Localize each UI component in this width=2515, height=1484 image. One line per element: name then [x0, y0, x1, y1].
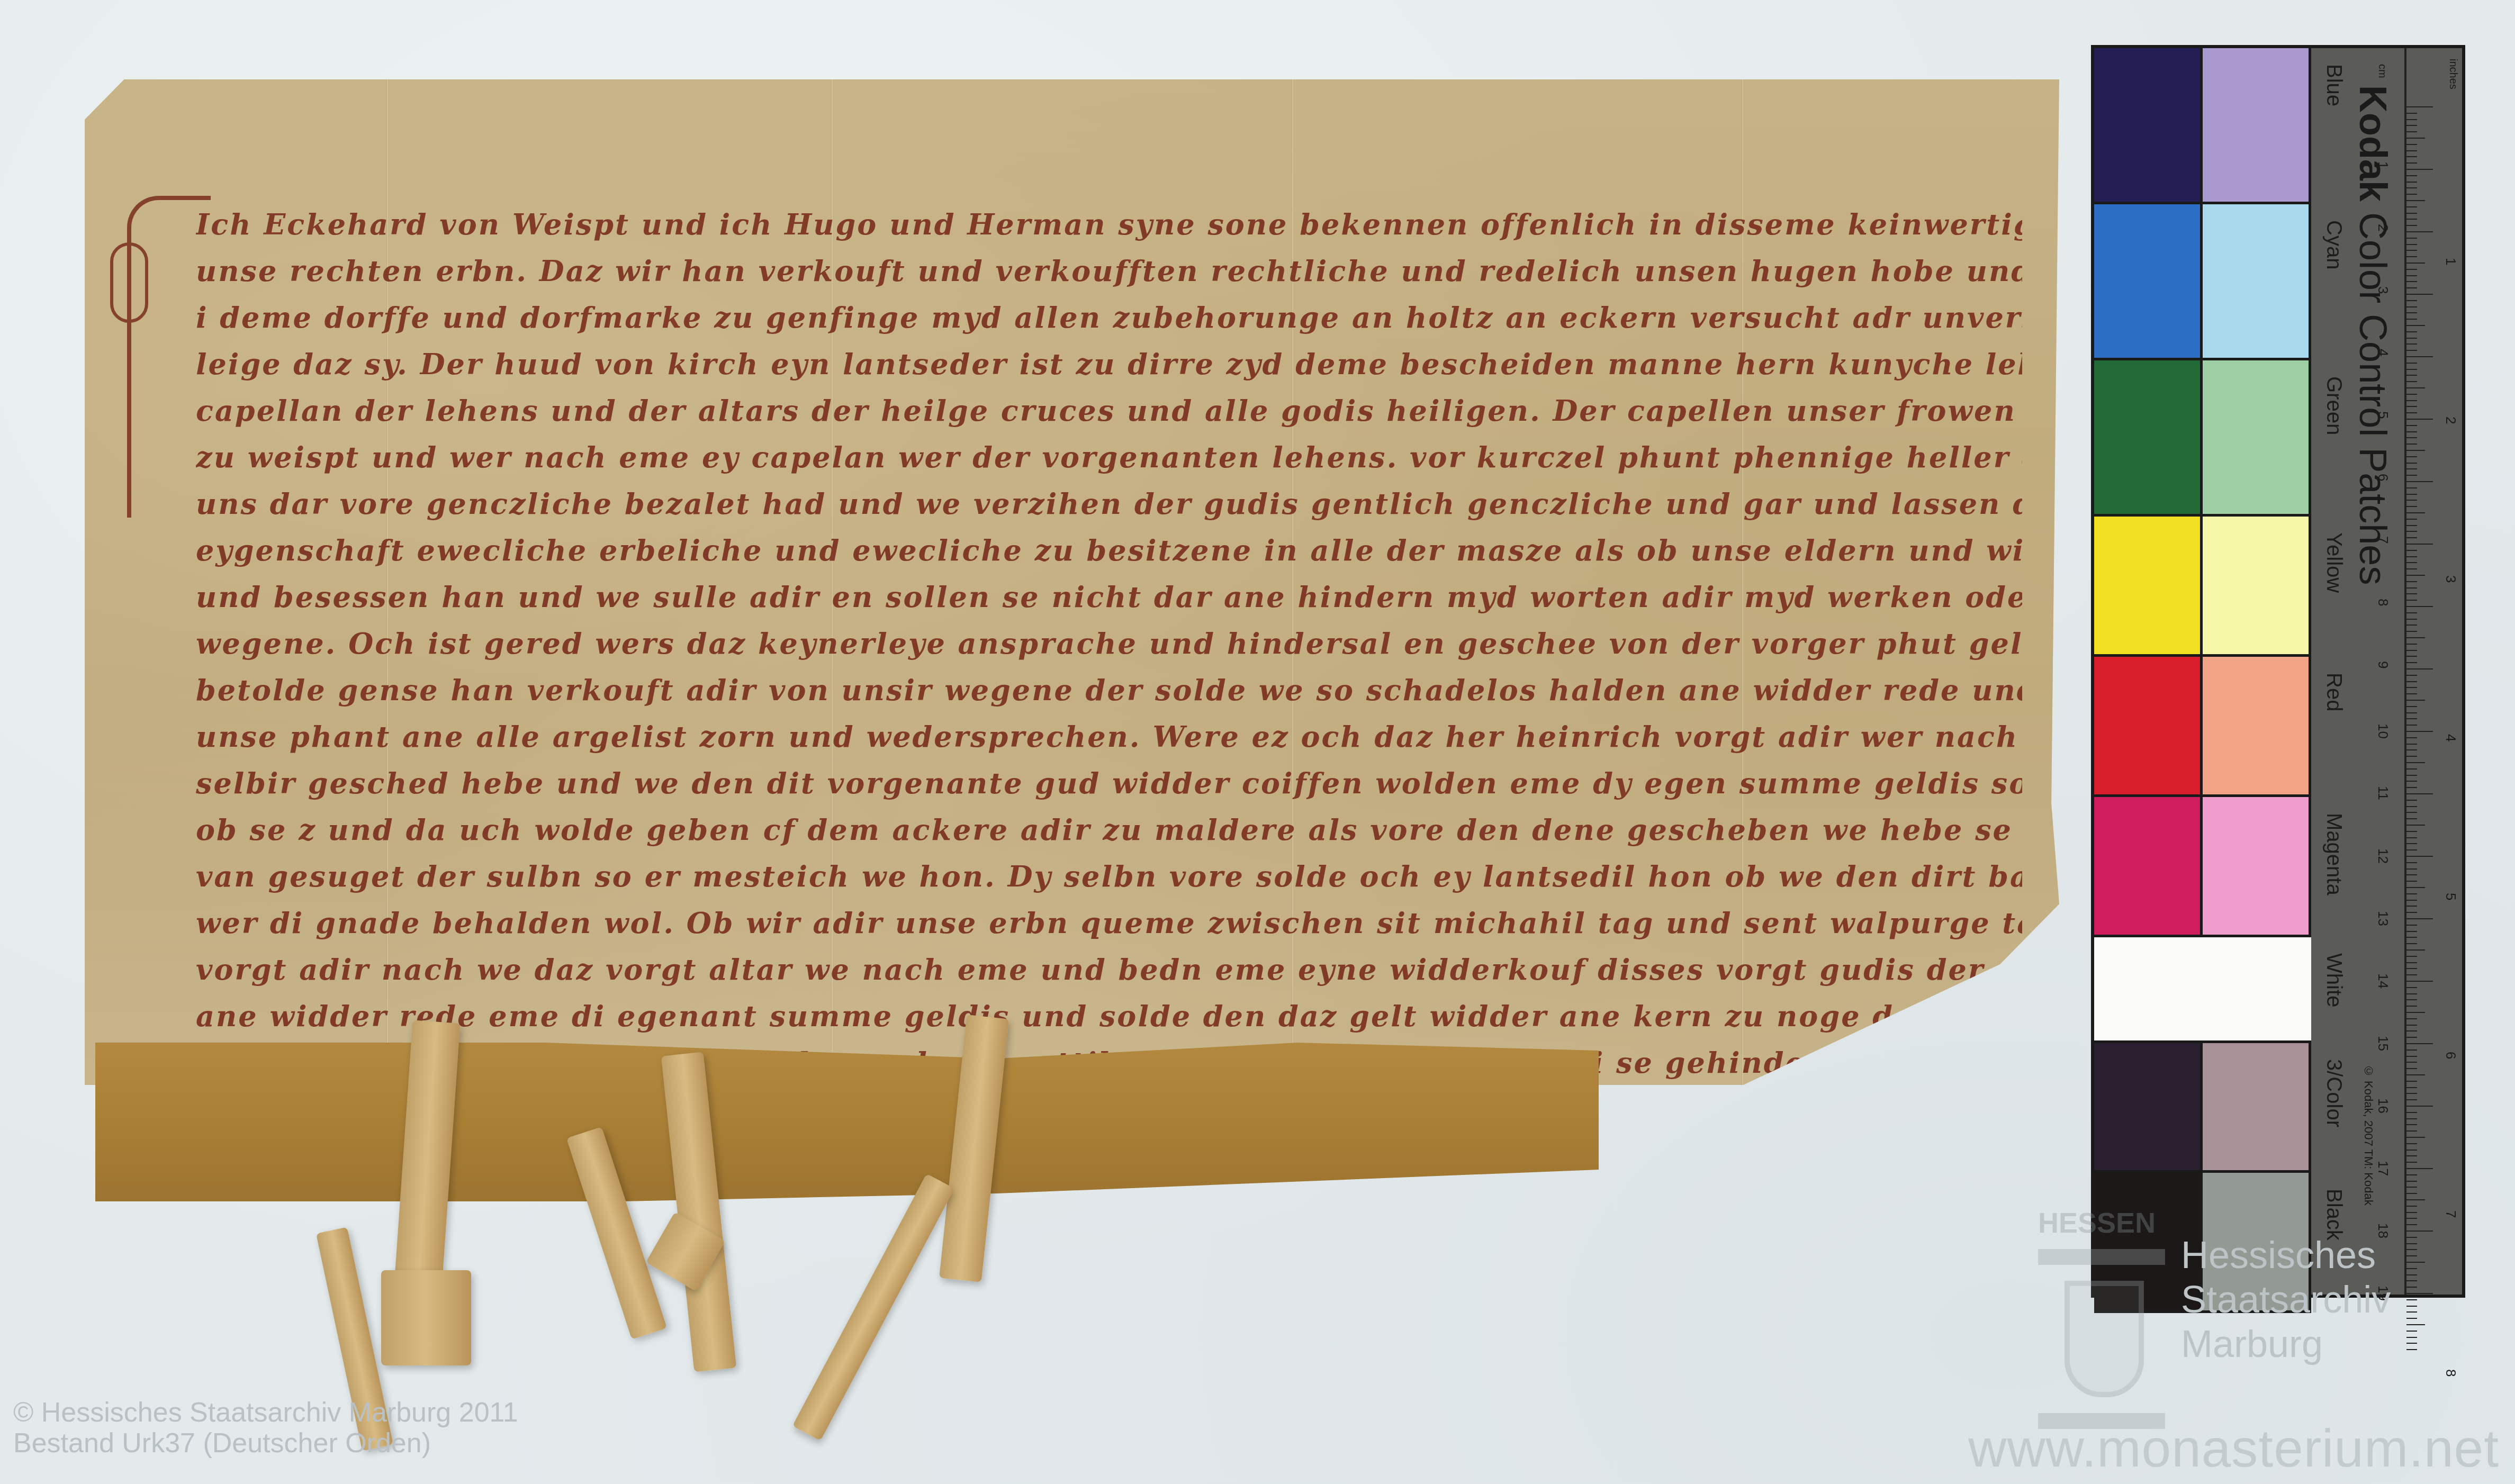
ruler-tick: [2406, 1118, 2417, 1119]
ruler-tick: [2406, 681, 2417, 682]
charter-line: unse phant ane alle argelist zorn und we…: [196, 713, 2022, 760]
ruler-tick: [2406, 437, 2417, 438]
ruler-tick: [2406, 431, 2417, 432]
ruler-tick: [2406, 1243, 2417, 1244]
ruler-tick: [2406, 1062, 2417, 1063]
ruler-tick: [2406, 1056, 2417, 1057]
ruler-tick: [2406, 587, 2417, 589]
ruler-tick: [2406, 1349, 2417, 1350]
ruler-tick: [2406, 1049, 2417, 1051]
ruler-tick: [2406, 1262, 2425, 1263]
cm-number: 3: [2375, 286, 2391, 294]
patch-label: Cyan: [2314, 220, 2346, 269]
ruler-tick: [2406, 987, 2417, 988]
patch-label: Green: [2314, 376, 2346, 435]
ruler-tick: [2406, 962, 2417, 963]
charter-line: ane widder rede eme di egenant summe gel…: [196, 993, 2022, 1039]
ruler-tick: [2406, 644, 2417, 645]
ruler-tick: [2406, 900, 2417, 901]
patch-label: Yellow: [2314, 532, 2346, 593]
ruler-tick: [2406, 712, 2417, 713]
dark-patch: [2094, 517, 2203, 654]
charter-line: wer di gnade behalden wol. Ob wir adir u…: [196, 900, 2022, 946]
ruler-tick: [2406, 625, 2417, 626]
ruler-tick: [2406, 450, 2425, 451]
ruler-tick: [2406, 606, 2433, 607]
charter-line: van gesuget der sulbn so er mesteich we …: [196, 853, 2022, 900]
ruler-tick: [2406, 868, 2417, 870]
ruler-tick: [2406, 106, 2433, 107]
ruler-tick: [2406, 1212, 2417, 1213]
archive-copyright-watermark: © Hessisches Staatsarchiv Marburg 2011 B…: [13, 1397, 518, 1459]
ruler-tick: [2406, 856, 2433, 857]
patch-row-yellow: [2094, 517, 2311, 657]
inch-number: 8: [2442, 1369, 2459, 1377]
ruler-tick: [2406, 1043, 2433, 1044]
patch-row-red: [2094, 657, 2311, 797]
charter-line: wegene. Och ist gered wers daz keynerley…: [196, 620, 2022, 667]
patch-row-magenta: [2094, 797, 2311, 937]
ruler-tick: [2406, 363, 2417, 364]
ruler-tick: [2406, 612, 2417, 613]
seal-strap: [381, 1270, 471, 1365]
ruler-tick: [2406, 906, 2417, 907]
ruler-tick: [2406, 425, 2417, 426]
ruler-tick: [2406, 781, 2417, 782]
archive-line: Hessisches: [2181, 1233, 2391, 1278]
coat-of-arms-icon: [2065, 1281, 2144, 1397]
ruler-tick: [2406, 737, 2417, 738]
ruler-tick: [2406, 668, 2433, 669]
ruler-tick: [2406, 537, 2417, 538]
ruler-tick: [2406, 406, 2417, 407]
ruler-tick: [2406, 1150, 2417, 1151]
ruler-tick: [2406, 687, 2417, 688]
ruler-tick: [2406, 200, 2425, 201]
ruler-tick: [2406, 593, 2417, 594]
cm-number: 1: [2375, 161, 2391, 169]
dark-patch: [2094, 48, 2203, 202]
cm-number: 16: [2375, 1098, 2391, 1114]
ruler-tick: [2406, 494, 2417, 495]
ruler-tick: [2406, 1187, 2417, 1188]
ruler-tick: [2406, 849, 2417, 850]
light-patch: [2203, 48, 2311, 202]
ruler-tick: [2406, 144, 2417, 145]
ruler-tick: [2406, 1168, 2433, 1169]
ruler-tick: [2406, 269, 2417, 270]
ruler-tick: [2406, 1237, 2417, 1238]
chart-copyright: © Kodak, 2007 TM: Kodak: [2361, 1064, 2375, 1206]
ruler-tick: [2406, 818, 2417, 819]
ruler-tick: [2406, 294, 2433, 295]
monasterium-url-watermark: www.monasterium.net: [1968, 1418, 2499, 1479]
patch-label: Blue: [2314, 64, 2346, 106]
ruler-tick: [2406, 125, 2417, 126]
inch-number: 4: [2442, 734, 2459, 741]
patch-label: Magenta: [2314, 813, 2346, 895]
dark-patch: [2094, 204, 2203, 358]
ruler-tick: [2406, 306, 2417, 307]
ruler-tick: [2406, 1268, 2417, 1269]
ruler-tick: [2406, 693, 2417, 694]
ruler-tick: [2406, 331, 2417, 332]
ruler-tick: [2406, 256, 2417, 257]
ruler-tick: [2406, 512, 2425, 513]
ruler-tick: [2406, 312, 2417, 313]
ruler-tick: [2406, 650, 2417, 651]
charter-line: ob se z und da uch wolde geben cf dem ac…: [196, 807, 2022, 853]
logo-bar: [2038, 1249, 2165, 1265]
ruler-tick: [2406, 156, 2417, 157]
patch-row-white: [2094, 937, 2311, 1043]
ruler-tick: [2406, 468, 2417, 469]
ruler-tick: [2406, 1337, 2417, 1338]
inches-label: inches: [2447, 59, 2459, 89]
ruler-tick: [2406, 993, 2417, 994]
ruler-tick: [2406, 325, 2425, 326]
charter-line: vorgt adir nach we daz vorgt altar we na…: [196, 946, 2022, 993]
holding-line: Bestand Urk37 (Deutscher Orden): [13, 1428, 518, 1459]
ruler-tick: [2406, 1112, 2417, 1113]
plica-fold: [95, 1043, 1599, 1201]
ruler-tick: [2406, 1199, 2425, 1200]
ruler-tick: [2406, 456, 2417, 457]
parchment-charter: Ich Eckehard von Weispt und ich Hugo und…: [85, 79, 2059, 1085]
ruler-tick: [2406, 475, 2417, 476]
ruler-tick: [2406, 219, 2417, 220]
light-patch: [2203, 204, 2311, 358]
ruler-tick: [2406, 706, 2417, 707]
ruler-tick: [2406, 1280, 2417, 1281]
ruler-tick: [2406, 881, 2417, 882]
ruler-tick: [2406, 319, 2417, 320]
ruler-tick: [2406, 1081, 2417, 1082]
ruler-tick: [2406, 213, 2417, 214]
copyright-line: © Hessisches Staatsarchiv Marburg 2011: [13, 1397, 518, 1428]
ruler-tick: [2406, 581, 2417, 582]
ruler-tick: [2406, 1230, 2433, 1232]
inch-number: 7: [2442, 1210, 2459, 1218]
ruler-tick: [2406, 862, 2417, 863]
ruler-tick: [2406, 956, 2417, 957]
ruler-tick: [2406, 756, 2417, 757]
charter-line: capellan der lehens und der altars der h…: [196, 387, 2022, 434]
ruler-tick: [2406, 918, 2433, 919]
inch-number: 6: [2442, 1052, 2459, 1059]
archive-line: Staatsarchiv: [2181, 1278, 2391, 1322]
ruler-tick: [2406, 412, 2417, 413]
ruler-tick: [2406, 550, 2417, 551]
cm-number: 9: [2375, 661, 2391, 668]
ruler-tick: [2406, 600, 2417, 601]
ruler-tick: [2406, 231, 2433, 232]
ruler-tick: [2406, 1124, 2417, 1125]
ruler-tick: [2406, 556, 2417, 557]
ruler-tick: [2406, 925, 2417, 926]
ruler-tick: [2406, 387, 2425, 388]
ruler-tick: [2406, 999, 2417, 1000]
ruler-tick: [2406, 874, 2417, 875]
ruler-tick: [2406, 568, 2417, 569]
ruler-tick: [2406, 1155, 2417, 1156]
ruler-tick: [2406, 287, 2417, 288]
ruler-tick: [2406, 113, 2417, 114]
ruler-tick: [2406, 1287, 2417, 1288]
ruler-tick: [2406, 749, 2417, 750]
light-patch: [2203, 517, 2311, 654]
ruler-tick: [2406, 281, 2417, 282]
ruler-tick: [2406, 800, 2417, 801]
ruler-tick: [2406, 381, 2417, 382]
light-patch: [2203, 1043, 2311, 1170]
ruler-tick: [2406, 762, 2425, 763]
ruler-tick: [2406, 150, 2417, 151]
ruler-tick: [2406, 1331, 2417, 1332]
ruler-tick: [2406, 1093, 2417, 1094]
patch-row-cyan: [2094, 204, 2311, 360]
cm-number: 7: [2375, 536, 2391, 544]
ruler-tick: [2406, 544, 2433, 545]
ruler-tick: [2406, 1206, 2417, 1207]
ruler-tick: [2406, 1025, 2417, 1026]
initial-flourish: [110, 242, 148, 323]
archive-line: Marburg: [2181, 1322, 2391, 1367]
ruler-tick: [2406, 837, 2417, 838]
ruler-tick: [2406, 394, 2417, 395]
patch-row-green: [2094, 360, 2311, 517]
cm-number: 4: [2375, 349, 2391, 356]
ruler-tick: [2406, 238, 2417, 239]
hessen-logo-text: HESSEN: [2038, 1207, 2156, 1239]
ruler-tick: [2406, 631, 2417, 632]
ruler-tick: [2406, 525, 2417, 526]
dark-patch: [2094, 1043, 2203, 1170]
ruler-tick: [2406, 893, 2417, 894]
ruler-tick: [2406, 943, 2417, 944]
ruler-tick: [2406, 1074, 2425, 1075]
charter-line: und besessen han und we sulle adir en so…: [196, 574, 2022, 620]
ruler-tick: [2406, 187, 2417, 188]
ruler-tick: [2406, 1255, 2417, 1256]
ruler-tick: [2406, 775, 2417, 776]
cm-number: 10: [2375, 723, 2391, 739]
ruler-tick: [2406, 968, 2417, 969]
ruler-tick: [2406, 562, 2417, 563]
charter-line: i deme dorffe und dorfmarke zu genfinge …: [196, 294, 2022, 341]
ruler-tick: [2406, 1181, 2417, 1182]
ruler-tick: [2406, 1293, 2433, 1294]
inch-number: 3: [2442, 575, 2459, 583]
cm-number: 15: [2375, 1036, 2391, 1051]
ruler-tick: [2406, 931, 2417, 932]
ruler-tick: [2406, 656, 2417, 657]
ruler-tick: [2406, 463, 2417, 464]
ruler-tick: [2406, 1299, 2417, 1300]
dark-patch: [2094, 797, 2203, 935]
ruler-tick: [2406, 1106, 2433, 1107]
ruler-tick: [2406, 949, 2425, 951]
ruler-tick: [2406, 1193, 2417, 1194]
ruler-tick: [2406, 531, 2417, 532]
ruler-tick: [2406, 182, 2417, 183]
ruler-tick: [2406, 731, 2433, 732]
cm-number: 8: [2375, 599, 2391, 606]
ruler-tick: [2406, 793, 2433, 794]
ruler-tick: [2406, 1318, 2417, 1319]
ruler-tick: [2406, 206, 2417, 207]
inch-number: 2: [2442, 417, 2459, 424]
ruler-tick: [2406, 887, 2425, 888]
light-patch: [2203, 657, 2311, 794]
ruler-tick: [2406, 1311, 2417, 1313]
ruler-tick: [2406, 194, 2417, 195]
ruler-tick: [2406, 700, 2425, 701]
ruler-tick: [2406, 506, 2417, 507]
ruler-tick: [2406, 1068, 2417, 1069]
ruler-tick: [2406, 1306, 2417, 1307]
charter-line: leige daz sy. Der huud von kirch eyn lan…: [196, 341, 2022, 387]
cm-number: 2: [2375, 224, 2391, 231]
ruler-tick: [2406, 787, 2417, 788]
ruler-tick: [2406, 1130, 2417, 1132]
ruler-tick: [2406, 343, 2417, 345]
cm-number: 17: [2375, 1161, 2391, 1176]
ruler-tick: [2406, 1162, 2417, 1163]
ruler-tick: [2406, 1249, 2417, 1250]
chart-subtitle: Color Control Patches: [2351, 212, 2394, 585]
ruler-tick: [2406, 138, 2425, 139]
ruler-tick: [2406, 162, 2417, 164]
ruler-tick: [2406, 768, 2417, 770]
ruler-tick: [2406, 487, 2417, 488]
ruler-tick: [2406, 369, 2417, 370]
ruler-tick: [2406, 675, 2417, 676]
cm-number: 5: [2375, 411, 2391, 419]
ruler-tick: [2406, 250, 2417, 251]
patch-row-blue: [2094, 48, 2311, 204]
ruler-tick: [2406, 725, 2417, 726]
ruler-tick: [2406, 575, 2425, 576]
ruler-tick: [2406, 718, 2417, 719]
dark-patch: [2094, 657, 2203, 794]
ruler-tick: [2406, 662, 2417, 663]
ruler-tick: [2406, 843, 2417, 844]
cm-label: cm: [2376, 64, 2388, 78]
cm-number: 12: [2375, 848, 2391, 864]
ruler-tick: [2406, 400, 2417, 401]
ruler-tick: [2406, 1343, 2417, 1344]
patch-label: Red: [2314, 673, 2346, 711]
ruler-tick: [2406, 175, 2417, 176]
ruler-tick: [2406, 912, 2417, 913]
ruler-tick: [2406, 637, 2425, 638]
ruler-tick: [2406, 1087, 2417, 1088]
ruler-tick: [2406, 1037, 2417, 1038]
charter-line: uns dar vore genczliche bezalet had und …: [196, 481, 2022, 527]
ruler-tick: [2406, 350, 2417, 351]
ruler-tick: [2406, 1018, 2417, 1019]
charter-line: unse rechten erbn. Daz wir han verkouft …: [196, 248, 2022, 294]
ruler-tick: [2406, 444, 2417, 445]
patch-label: White: [2314, 953, 2346, 1007]
ruler-tick: [2406, 338, 2417, 339]
light-patch: [2203, 797, 2311, 935]
kodak-color-chart: Kodak Color Control Patches © Kodak, 200…: [2091, 45, 2465, 1298]
charter-line: selbir gesched hebe und we den dit vorge…: [196, 760, 2022, 807]
ruler-tick: [2406, 831, 2417, 832]
ruler-tick: [2406, 744, 2417, 745]
archive-name-watermark: Hessisches Staatsarchiv Marburg: [2181, 1233, 2391, 1367]
ruler-tick: [2406, 300, 2417, 301]
ruler-tick: [2406, 1099, 2417, 1100]
ruler-tick: [2406, 1012, 2425, 1013]
ruler-tick: [2406, 1030, 2417, 1031]
ruler-tick: [2406, 825, 2425, 826]
ruler-tick: [2406, 131, 2417, 132]
ruler-tick: [2406, 375, 2417, 376]
patch-row-3-color: [2094, 1043, 2311, 1173]
cm-number: 14: [2375, 973, 2391, 989]
chart-title: Kodak Color Control Patches: [2351, 85, 2394, 585]
ruler-tick: [2406, 1174, 2417, 1175]
ruler-tick: [2406, 481, 2433, 482]
ruler-tick: [2406, 806, 2417, 807]
ruler-tick: [2406, 981, 2433, 982]
hessen-logo-watermark: HESSEN: [2038, 1207, 2176, 1429]
cm-number: 13: [2375, 911, 2391, 926]
patch-label: 3/Color: [2314, 1059, 2346, 1127]
color-patches: [2094, 48, 2311, 1295]
ruler-tick: [2406, 1218, 2417, 1219]
ruler-tick: [2406, 356, 2433, 357]
ruler-tick: [2406, 974, 2417, 975]
ruler-tick: [2406, 812, 2417, 813]
ruler-tick: [2406, 225, 2417, 226]
ruler-tick: [2406, 1324, 2425, 1325]
ruler-tick: [2406, 1006, 2417, 1007]
ruler-tick: [2406, 263, 2425, 264]
cm-number: 11: [2375, 786, 2391, 800]
ruler-tick: [2406, 1274, 2417, 1275]
charter-line: betolde gense han verkouft adir von unsi…: [196, 667, 2022, 713]
dark-patch: [2094, 360, 2203, 514]
ruler-tick: [2406, 1137, 2425, 1138]
kodak-brand: Kodak: [2351, 85, 2394, 202]
ruler-tick: [2406, 619, 2417, 620]
ruler-tick: [2406, 119, 2417, 120]
charter-line: eygenschaft ewecliche erbeliche und ewec…: [196, 527, 2022, 574]
charter-line: zu weispt und wer nach eme ey capelan we…: [196, 434, 2022, 481]
ruler-tick: [2406, 169, 2433, 170]
ruler-tick: [2406, 937, 2417, 938]
inch-number: 1: [2442, 258, 2459, 265]
ruler-tick: [2406, 1143, 2417, 1144]
white-patch: [2094, 937, 2311, 1040]
light-patch: [2203, 360, 2311, 514]
ruler-tick: [2406, 500, 2417, 501]
cm-number: 6: [2375, 474, 2391, 481]
ruler-tick: [2406, 1224, 2417, 1225]
charter-line: Ich Eckehard von Weispt und ich Hugo und…: [196, 201, 2022, 248]
ruler-tick: [2406, 419, 2433, 420]
ruler-tick: [2406, 275, 2417, 276]
ruler: cm inches 123456789101112131415161718191…: [2404, 48, 2462, 1295]
inch-number: 5: [2442, 893, 2459, 900]
ruler-tick: [2406, 519, 2417, 520]
ruler-tick: [2406, 244, 2417, 245]
